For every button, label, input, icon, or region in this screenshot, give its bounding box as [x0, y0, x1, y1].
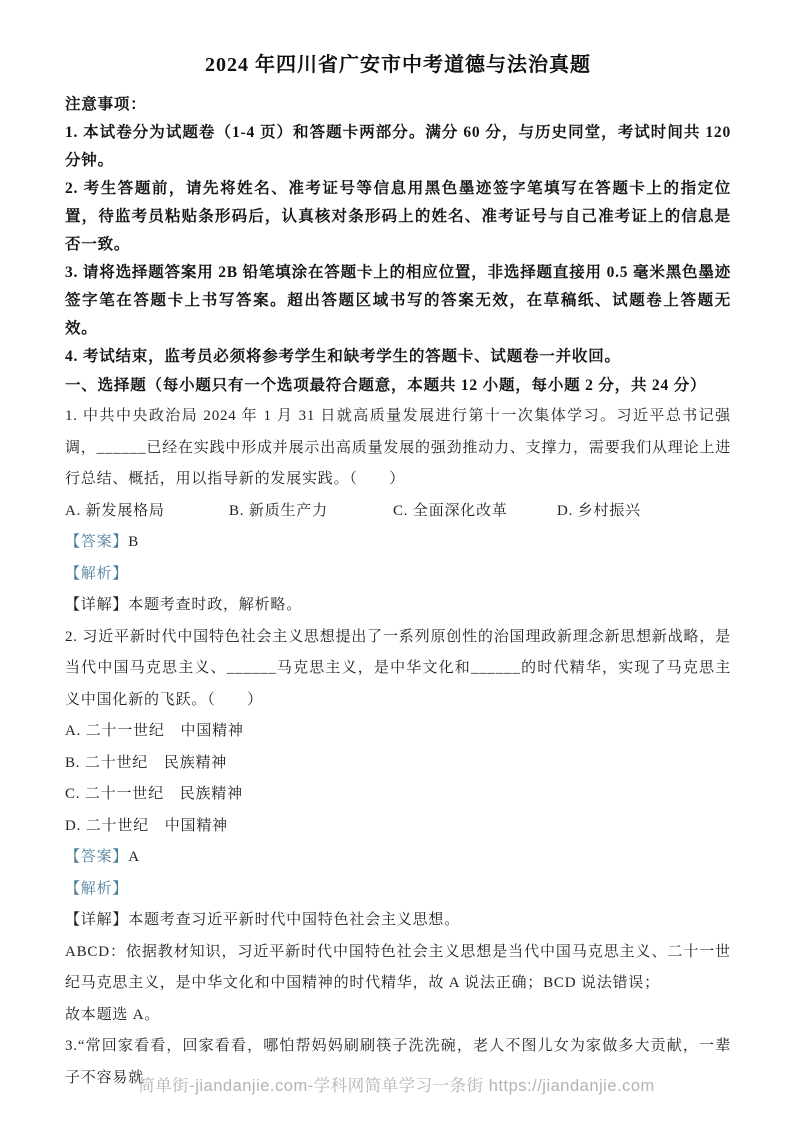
question-2-answer-value: A — [128, 849, 140, 865]
question-2-detail-conclusion: 故本题选 A。 — [65, 1000, 731, 1032]
analysis-marker: 【解析】 — [65, 566, 128, 582]
question-1-answer-value: B — [128, 534, 139, 550]
question-1-option-b: B. 新质生产力 — [229, 496, 393, 528]
question-2-options: A. 二十一世纪 中国精神 B. 二十世纪 民族精神 C. 二十一世纪 民族精神… — [65, 716, 731, 842]
question-1-analysis-line: 【解析】 — [65, 559, 731, 591]
question-1-option-d: D. 乡村振兴 — [557, 496, 641, 528]
footer-watermark: 简单街-jiandanjie.com-学科网简单学习一条街 https://ji… — [0, 1072, 793, 1096]
question-2-option-d: D. 二十世纪 中国精神 — [65, 811, 731, 843]
notice-heading: 注意事项： — [65, 91, 731, 119]
notice-item-1: 1. 本试卷分为试题卷（1-4 页）和答题卡两部分。满分 60 分，与历史同堂，… — [65, 119, 731, 175]
question-2-detail-body: ABCD：依据教材知识，习近平新时代中国特色社会主义思想是当代中国马克思主义、二… — [65, 937, 731, 1000]
question-2-answer-line: 【答案】A — [65, 842, 731, 874]
section-heading: 一、选择题（每小题只有一个选项最符合题意，本题共 12 小题，每小题 2 分，共… — [65, 371, 731, 401]
question-2-option-a: A. 二十一世纪 中国精神 — [65, 716, 731, 748]
answer-marker: 【答案】 — [65, 534, 128, 550]
analysis-marker: 【解析】 — [65, 881, 128, 897]
question-2-detail-intro: 【详解】本题考查习近平新时代中国特色社会主义思想。 — [65, 905, 731, 937]
question-1-options: A. 新发展格局 B. 新质生产力 C. 全面深化改革 D. 乡村振兴 — [65, 496, 731, 528]
exam-document-page: 2024 年四川省广安市中考道德与法治真题 注意事项： 1. 本试卷分为试题卷（… — [0, 0, 793, 1122]
question-2-text: 2. 习近平新时代中国特色社会主义思想提出了一系列原创性的治国理政新理念新思想新… — [65, 622, 731, 717]
notice-section: 注意事项： 1. 本试卷分为试题卷（1-4 页）和答题卡两部分。满分 60 分，… — [65, 91, 731, 371]
question-2-option-c: C. 二十一世纪 民族精神 — [65, 779, 731, 811]
question-1: 1. 中共中央政治局 2024 年 1 月 31 日就高质量发展进行第十一次集体… — [65, 401, 731, 622]
page-title: 2024 年四川省广安市中考道德与法治真题 — [65, 48, 731, 77]
question-2: 2. 习近平新时代中国特色社会主义思想提出了一系列原创性的治国理政新理念新思想新… — [65, 622, 731, 1032]
question-2-analysis-line: 【解析】 — [65, 874, 731, 906]
question-1-option-c: C. 全面深化改革 — [393, 496, 557, 528]
question-1-detail: 【详解】本题考查时政，解析略。 — [65, 590, 731, 622]
notice-item-2: 2. 考生答题前，请先将姓名、准考证号等信息用黑色墨迹签字笔填写在答题卡上的指定… — [65, 175, 731, 259]
question-2-option-b: B. 二十世纪 民族精神 — [65, 748, 731, 780]
question-1-text: 1. 中共中央政治局 2024 年 1 月 31 日就高质量发展进行第十一次集体… — [65, 401, 731, 496]
notice-item-3: 3. 请将选择题答案用 2B 铅笔填涂在答题卡上的相应位置，非选择题直接用 0.… — [65, 259, 731, 343]
question-1-option-a: A. 新发展格局 — [65, 496, 229, 528]
answer-marker: 【答案】 — [65, 849, 128, 865]
question-1-answer-line: 【答案】B — [65, 527, 731, 559]
notice-item-4: 4. 考试结束，监考员必须将参考学生和缺考学生的答题卡、试题卷一并收回。 — [65, 343, 731, 371]
